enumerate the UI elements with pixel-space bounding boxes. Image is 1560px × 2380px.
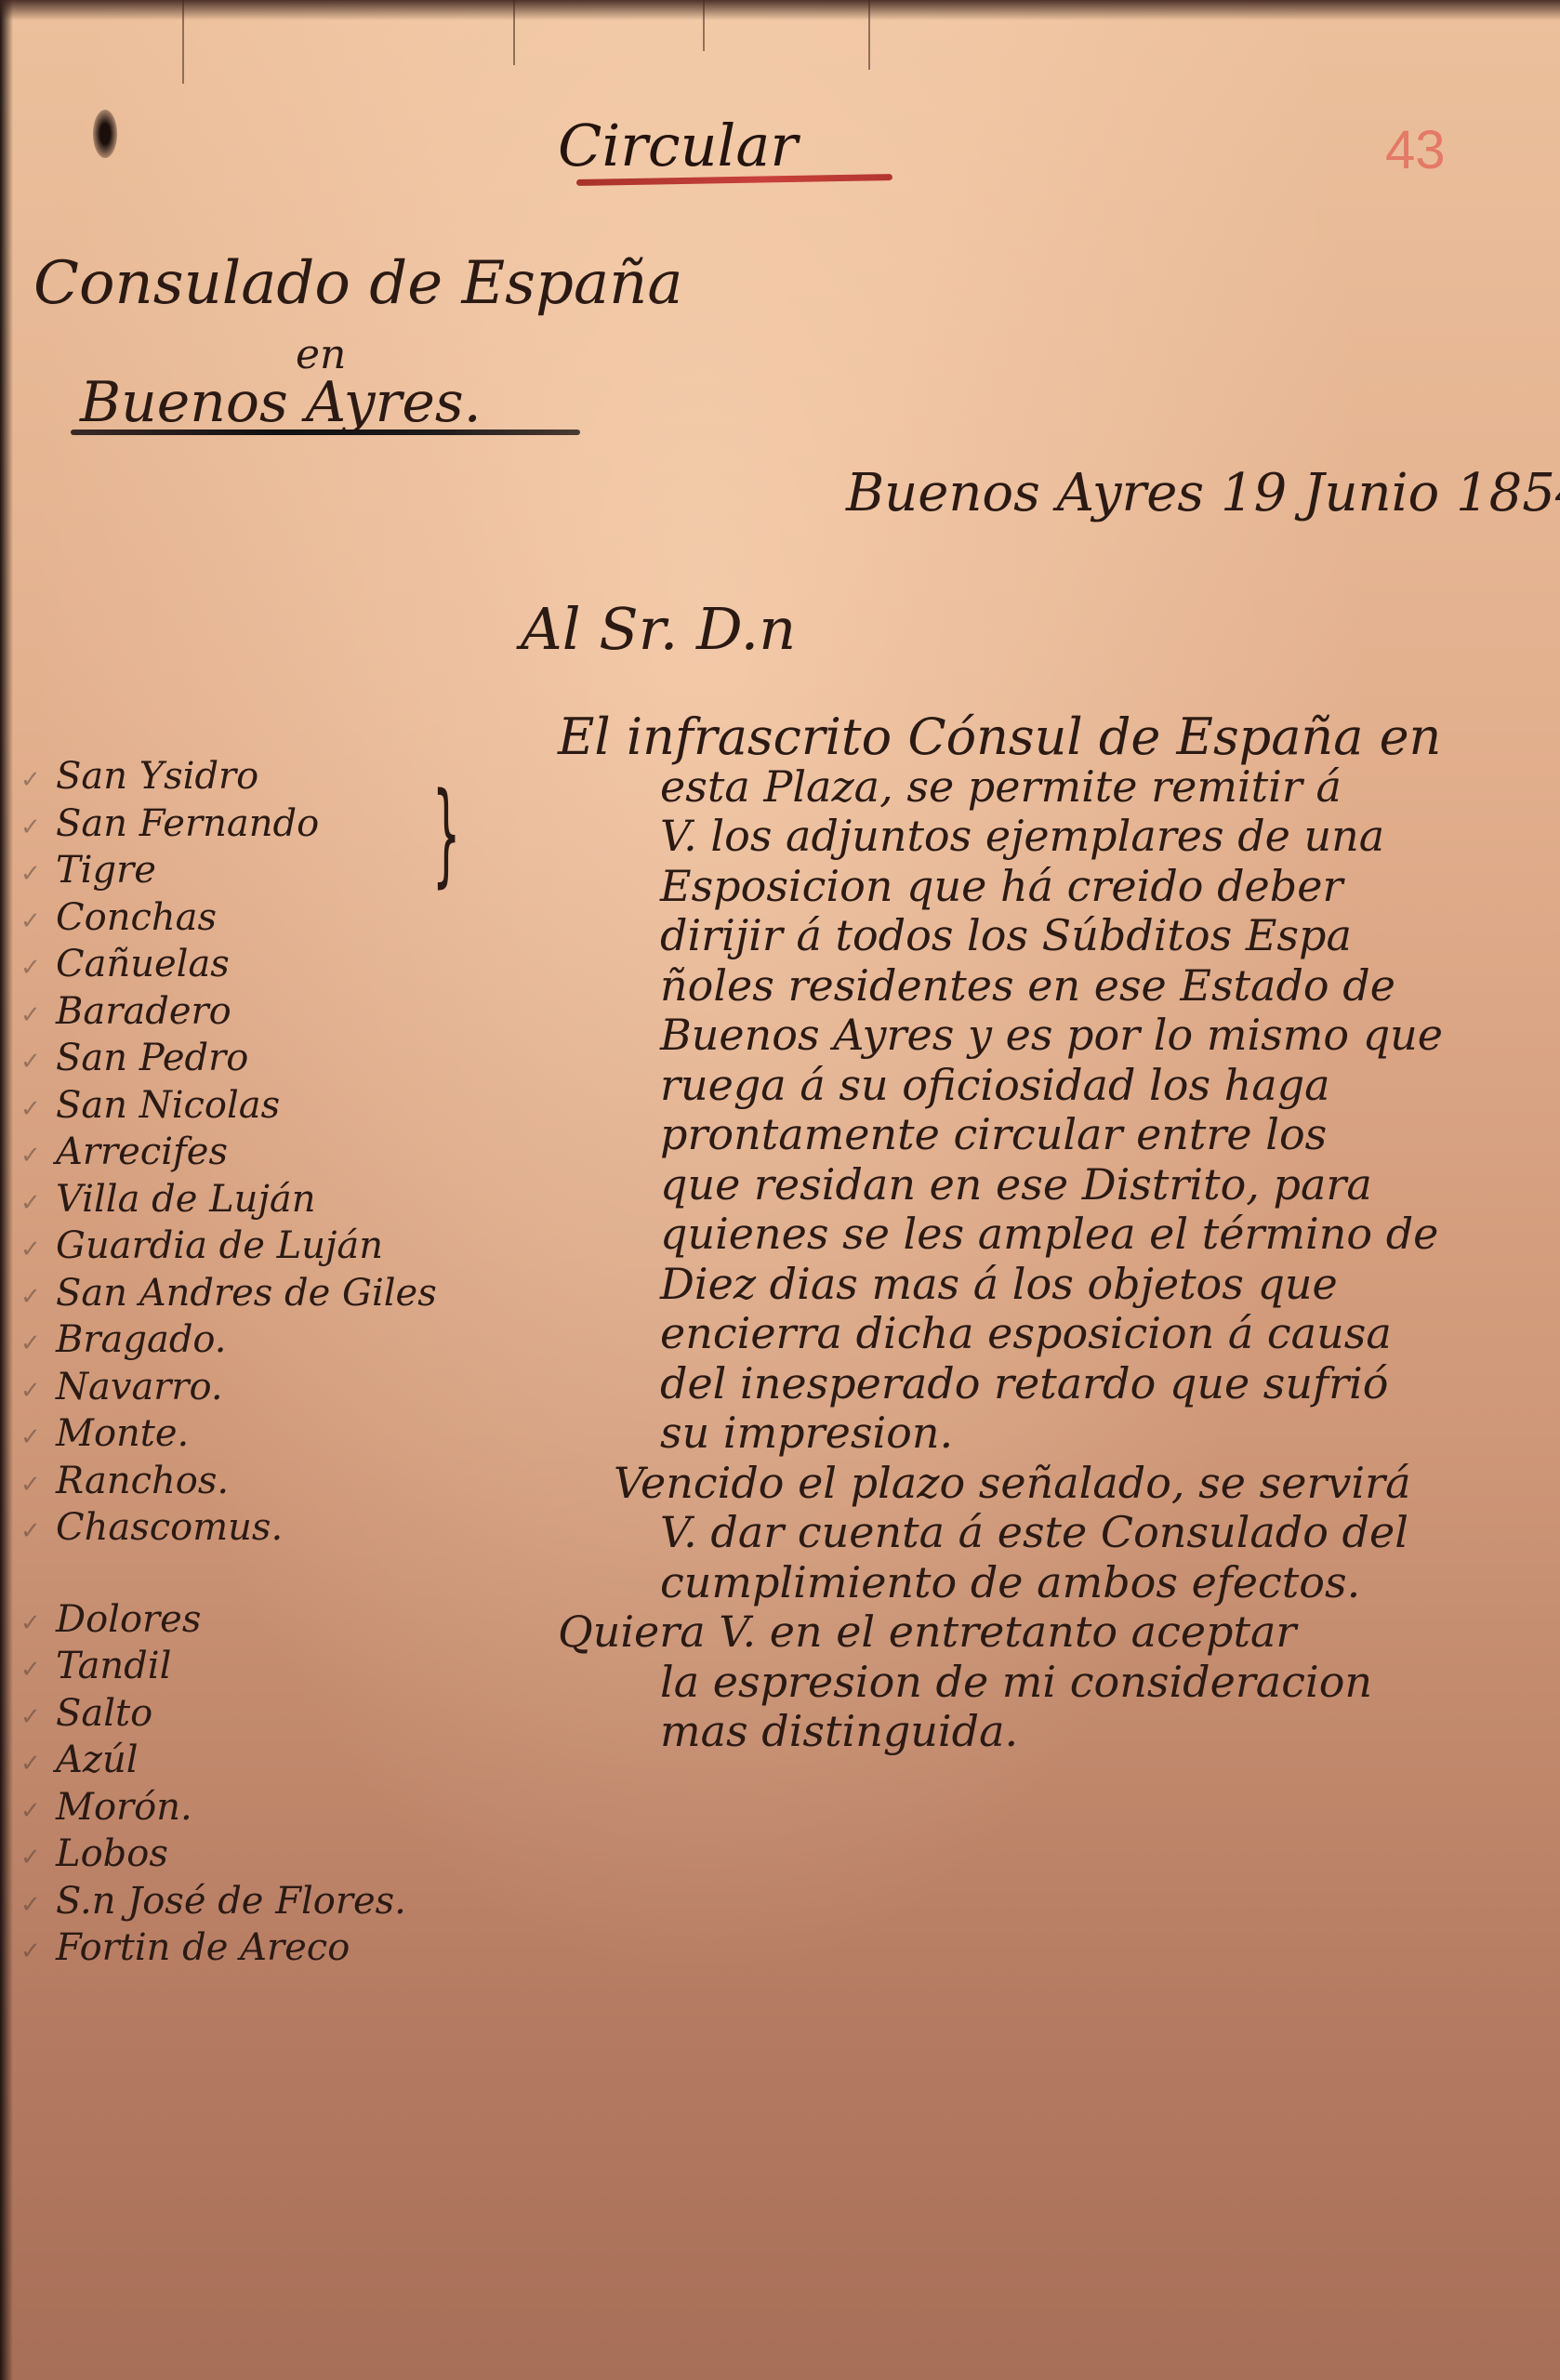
- check-mark-icon: ✓: [20, 1086, 41, 1133]
- body-line: del inesperado retardo que sufrió: [558, 1359, 1543, 1409]
- check-mark-icon: ✓: [20, 992, 41, 1039]
- letterhead-line-1: Consulado de España: [33, 249, 683, 318]
- body-line: encierra dicha esposicion á causa: [558, 1309, 1543, 1359]
- document-page: Circular 43 Consulado de España en Bueno…: [0, 0, 1560, 2380]
- list-gap: [56, 1552, 539, 1596]
- town-item: ✓Bragado.: [56, 1316, 539, 1364]
- check-mark-icon: ✓: [20, 1461, 41, 1509]
- town-item: ✓Guardia de Luján: [56, 1223, 539, 1270]
- paper-crease: [182, 0, 184, 84]
- body-line: su impresion.: [558, 1408, 1543, 1459]
- body-line: ruega á su oficiosidad los haga: [558, 1061, 1543, 1111]
- letterhead-line-3: Buenos Ayres.: [80, 370, 482, 435]
- body-line: Esposicion que há creido deber: [558, 862, 1543, 912]
- town-item: ✓San Andres de Giles: [56, 1270, 539, 1317]
- body-line: la espresion de mi consideracion: [558, 1658, 1543, 1708]
- town-item: ✓Conchas: [56, 894, 539, 942]
- town-item: ✓Ranchos.: [56, 1458, 539, 1505]
- date-line: Buenos Ayres 19 Junio 1854: [846, 463, 1560, 523]
- paper-crease: [513, 0, 515, 65]
- body-line: dirijir á todos los Súbditos Espa: [558, 911, 1543, 961]
- town-item: ✓Monte.: [56, 1410, 539, 1458]
- body-line: cumplimiento de ambos efectos.: [558, 1558, 1543, 1608]
- town-item: ✓Lobos: [56, 1831, 539, 1878]
- torn-top-edge: [0, 0, 1560, 20]
- town-item: ✓Arrecifes: [56, 1129, 539, 1176]
- town-item: ✓S.n José de Flores.: [56, 1878, 539, 1925]
- town-item: ✓San Pedro: [56, 1035, 539, 1082]
- body-line: que residan en ese Distrito, para: [558, 1160, 1543, 1210]
- check-mark-icon: ✓: [20, 1928, 41, 1976]
- body-line: V. los adjuntos ejemplares de una: [558, 812, 1543, 862]
- body-line: El infrascrito Cónsul de España en: [558, 712, 1543, 762]
- check-mark-icon: ✓: [20, 1600, 41, 1647]
- town-item: ✓Dolores: [56, 1596, 539, 1644]
- town-item: ✓Fortin de Areco: [56, 1924, 539, 1972]
- check-mark-icon: ✓: [20, 898, 41, 945]
- check-mark-icon: ✓: [20, 1740, 41, 1788]
- town-item: ✓San Nicolas: [56, 1082, 539, 1130]
- town-item: ✓Azúl: [56, 1737, 539, 1784]
- check-mark-icon: ✓: [20, 1226, 41, 1274]
- check-mark-icon: ✓: [20, 945, 41, 992]
- town-item: ✓Chascomus.: [56, 1504, 539, 1552]
- check-mark-icon: ✓: [20, 1788, 41, 1835]
- paper-crease: [703, 0, 705, 51]
- check-mark-icon: ✓: [20, 1038, 41, 1086]
- check-mark-icon: ✓: [20, 1368, 41, 1415]
- body-line: ñoles residentes en ese Estado de: [558, 961, 1543, 1011]
- town-item: ✓San Fernando: [56, 800, 539, 848]
- check-mark-icon: ✓: [20, 1646, 41, 1694]
- body-line: esta Plaza, se permite remitir á: [558, 762, 1543, 813]
- check-mark-icon: ✓: [20, 1320, 41, 1368]
- body-line: mas distinguida.: [558, 1707, 1543, 1757]
- body-line: Vencido el plazo señalado, se servirá: [558, 1459, 1543, 1509]
- town-item: ✓Morón.: [56, 1784, 539, 1831]
- town-item: ✓Cañuelas: [56, 941, 539, 988]
- document-title: Circular: [558, 112, 798, 179]
- town-item: ✓Salto: [56, 1690, 539, 1738]
- body-line: Quiera V. en el entretanto aceptar: [558, 1607, 1543, 1658]
- check-mark-icon: ✓: [20, 1834, 41, 1882]
- paper-hole: [93, 110, 117, 158]
- recipient-towns-list: ✓San Ysidro ✓San Fernando ✓Tigre ✓Concha…: [56, 753, 539, 1972]
- check-mark-icon: ✓: [20, 1694, 41, 1741]
- town-item: ✓Baradero: [56, 988, 539, 1036]
- town-item: ✓San Ysidro: [56, 753, 539, 800]
- check-mark-icon: ✓: [20, 1180, 41, 1227]
- letter-body: El infrascrito Cónsul de España en esta …: [558, 712, 1543, 1757]
- town-item: ✓Navarro.: [56, 1364, 539, 1411]
- check-mark-icon: ✓: [20, 1414, 41, 1461]
- body-line: V. dar cuenta á este Consulado del: [558, 1508, 1543, 1558]
- paper-crease: [868, 0, 870, 70]
- body-line: quienes se les amplea el término de: [558, 1210, 1543, 1260]
- check-mark-icon: ✓: [20, 804, 41, 852]
- body-line: prontamente circular entre los: [558, 1110, 1543, 1160]
- check-mark-icon: ✓: [20, 1882, 41, 1929]
- check-mark-icon: ✓: [20, 757, 41, 804]
- body-line: Buenos Ayres y es por lo mismo que: [558, 1011, 1543, 1061]
- page-number: 43: [1385, 119, 1446, 181]
- salutation: Al Sr. D.n: [521, 595, 796, 663]
- check-mark-icon: ✓: [20, 1508, 41, 1555]
- letterhead-underline: [71, 430, 580, 435]
- check-mark-icon: ✓: [20, 1274, 41, 1321]
- town-item: ✓Tigre: [56, 847, 539, 894]
- check-mark-icon: ✓: [20, 851, 41, 898]
- town-item: ✓Villa de Luján: [56, 1176, 539, 1223]
- body-line: Diez dias mas á los objetos que: [558, 1260, 1543, 1310]
- town-item: ✓Tandil: [56, 1643, 539, 1690]
- check-mark-icon: ✓: [20, 1132, 41, 1180]
